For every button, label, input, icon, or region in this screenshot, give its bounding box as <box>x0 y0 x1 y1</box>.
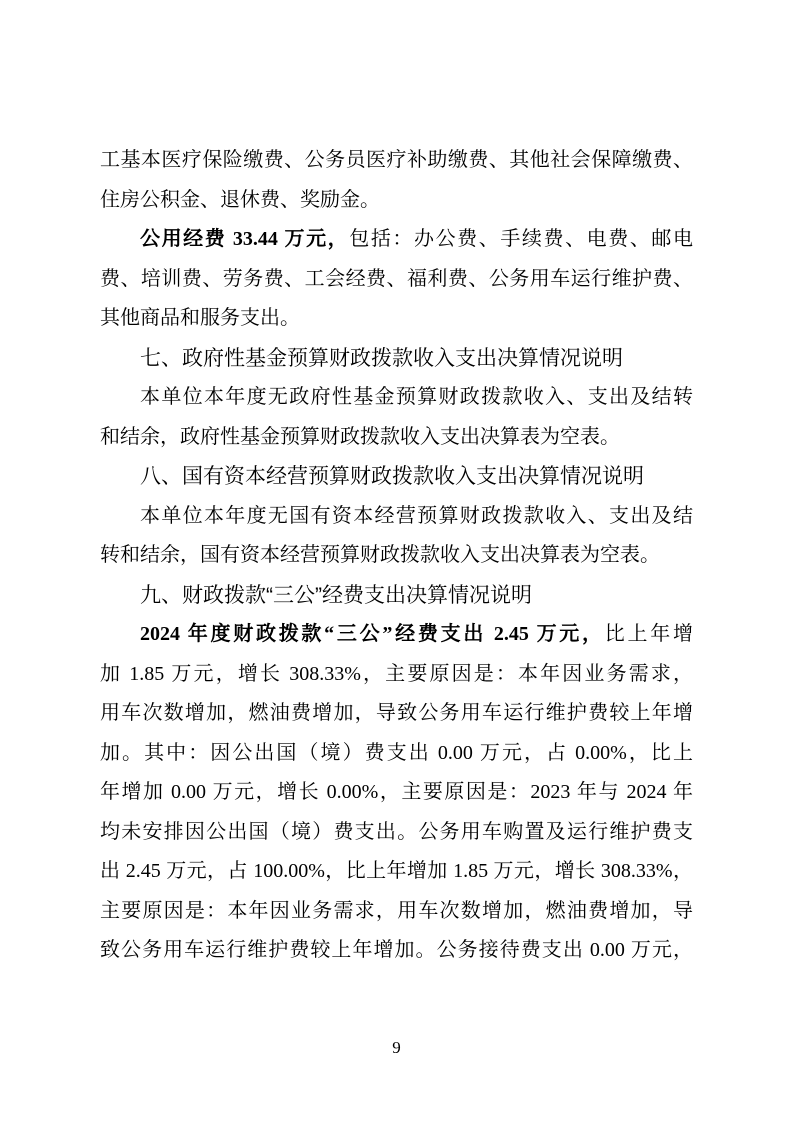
text-segment: 加 1.85 万元，增长 308.33%，主要原因是：本年因业务需求， <box>100 663 693 685</box>
text-segment: 比上年增 <box>605 623 693 645</box>
text-line: 和结余，政府性基金预算财政拨款收入支出决算表为空表。 <box>100 418 693 458</box>
text-line: 加。其中：因公出国（境）费支出 0.00 万元，占 0.00%，比上 <box>100 734 693 774</box>
text-line: 出 2.45 万元，占 100.00%，比上年增加 1.85 万元，增长 308… <box>100 852 693 892</box>
text-segment: 和结余，政府性基金预算财政拨款收入支出决算表为空表。 <box>100 426 620 448</box>
text-segment: 致公务用车运行维护费较上年增加。公务接待费支出 0.00 万元， <box>100 939 693 961</box>
text-line: 转和结余，国有资本经营预算财政拨款收入支出决算表为空表。 <box>100 536 693 576</box>
text-segment: 加。其中：因公出国（境）费支出 0.00 万元，占 0.00%，比上 <box>100 742 693 764</box>
text-line: 致公务用车运行维护费较上年增加。公务接待费支出 0.00 万元， <box>100 931 693 971</box>
text-segment: 九、财政拨款“三公”经费支出决算情况说明 <box>140 584 532 607</box>
text-segment: 包括：办公费、手续费、电费、邮电 <box>349 228 693 250</box>
text-segment: 住房公积金、退休费、奖励金。 <box>100 189 380 211</box>
text-segment: 本单位本年度无国有资本经营预算财政拨款收入、支出及结 <box>140 505 693 527</box>
section-heading: 八、国有资本经营预算财政拨款收入支出决算情况说明 <box>100 457 693 497</box>
text-segment: 八、国有资本经营预算财政拨款收入支出决算情况说明 <box>140 465 644 488</box>
text-segment: 均未安排因公出国（境）费支出。公务用车购置及运行维护费支 <box>100 821 693 843</box>
text-line: 工基本医疗保险缴费、公务员医疗补助缴费、其他社会保障缴费、 <box>100 141 693 181</box>
text-line: 其他商品和服务支出。 <box>100 299 693 339</box>
text-line: 加 1.85 万元，增长 308.33%，主要原因是：本年因业务需求， <box>100 655 693 695</box>
text-line: 主要原因是：本年因业务需求，用车次数增加，燃油费增加，导 <box>100 892 693 932</box>
text-block: 工基本医疗保险缴费、公务员医疗补助缴费、其他社会保障缴费、住房公积金、退休费、奖… <box>100 141 693 971</box>
text-line: 本单位本年度无政府性基金预算财政拨款收入、支出及结转 <box>100 378 693 418</box>
text-segment: 主要原因是：本年因业务需求，用车次数增加，燃油费增加，导 <box>100 900 693 922</box>
text-line: 年增加 0.00 万元，增长 0.00%，主要原因是：2023 年与 2024 … <box>100 773 693 813</box>
page-number: 9 <box>0 1038 793 1058</box>
document-page: 工基本医疗保险缴费、公务员医疗补助缴费、其他社会保障缴费、住房公积金、退休费、奖… <box>0 0 793 1122</box>
bold-text-segment: 公用经费 33.44 万元， <box>140 228 349 250</box>
text-segment: 用车次数增加，燃油费增加，导致公务用车运行维护费较上年增 <box>100 702 693 724</box>
text-segment: 转和结余，国有资本经营预算财政拨款收入支出决算表为空表。 <box>100 544 660 566</box>
section-heading: 七、政府性基金预算财政拨款收入支出决算情况说明 <box>100 339 693 379</box>
text-segment: 其他商品和服务支出。 <box>100 307 300 329</box>
text-line: 均未安排因公出国（境）费支出。公务用车购置及运行维护费支 <box>100 813 693 853</box>
text-line: 住房公积金、退休费、奖励金。 <box>100 181 693 221</box>
section-heading: 九、财政拨款“三公”经费支出决算情况说明 <box>100 576 693 616</box>
text-segment: 年增加 0.00 万元，增长 0.00%，主要原因是：2023 年与 2024 … <box>100 781 693 803</box>
text-segment: 工基本医疗保险缴费、公务员医疗补助缴费、其他社会保障缴费、 <box>100 149 693 171</box>
text-segment: 本单位本年度无政府性基金预算财政拨款收入、支出及结转 <box>140 386 693 408</box>
text-line: 公用经费 33.44 万元，包括：办公费、手续费、电费、邮电 <box>100 220 693 260</box>
text-segment: 出 2.45 万元，占 100.00%，比上年增加 1.85 万元，增长 308… <box>100 860 693 882</box>
text-line: 费、培训费、劳务费、工会经费、福利费、公务用车运行维护费、 <box>100 260 693 300</box>
text-line: 用车次数增加，燃油费增加，导致公务用车运行维护费较上年增 <box>100 694 693 734</box>
text-line: 本单位本年度无国有资本经营预算财政拨款收入、支出及结 <box>100 497 693 537</box>
text-segment: 费、培训费、劳务费、工会经费、福利费、公务用车运行维护费、 <box>100 268 693 290</box>
bold-text-segment: 2024 年度财政拨款“三公”经费支出 2.45 万元， <box>140 623 605 645</box>
text-line: 2024 年度财政拨款“三公”经费支出 2.45 万元，比上年增 <box>100 615 693 655</box>
text-segment: 七、政府性基金预算财政拨款收入支出决算情况说明 <box>140 347 623 370</box>
